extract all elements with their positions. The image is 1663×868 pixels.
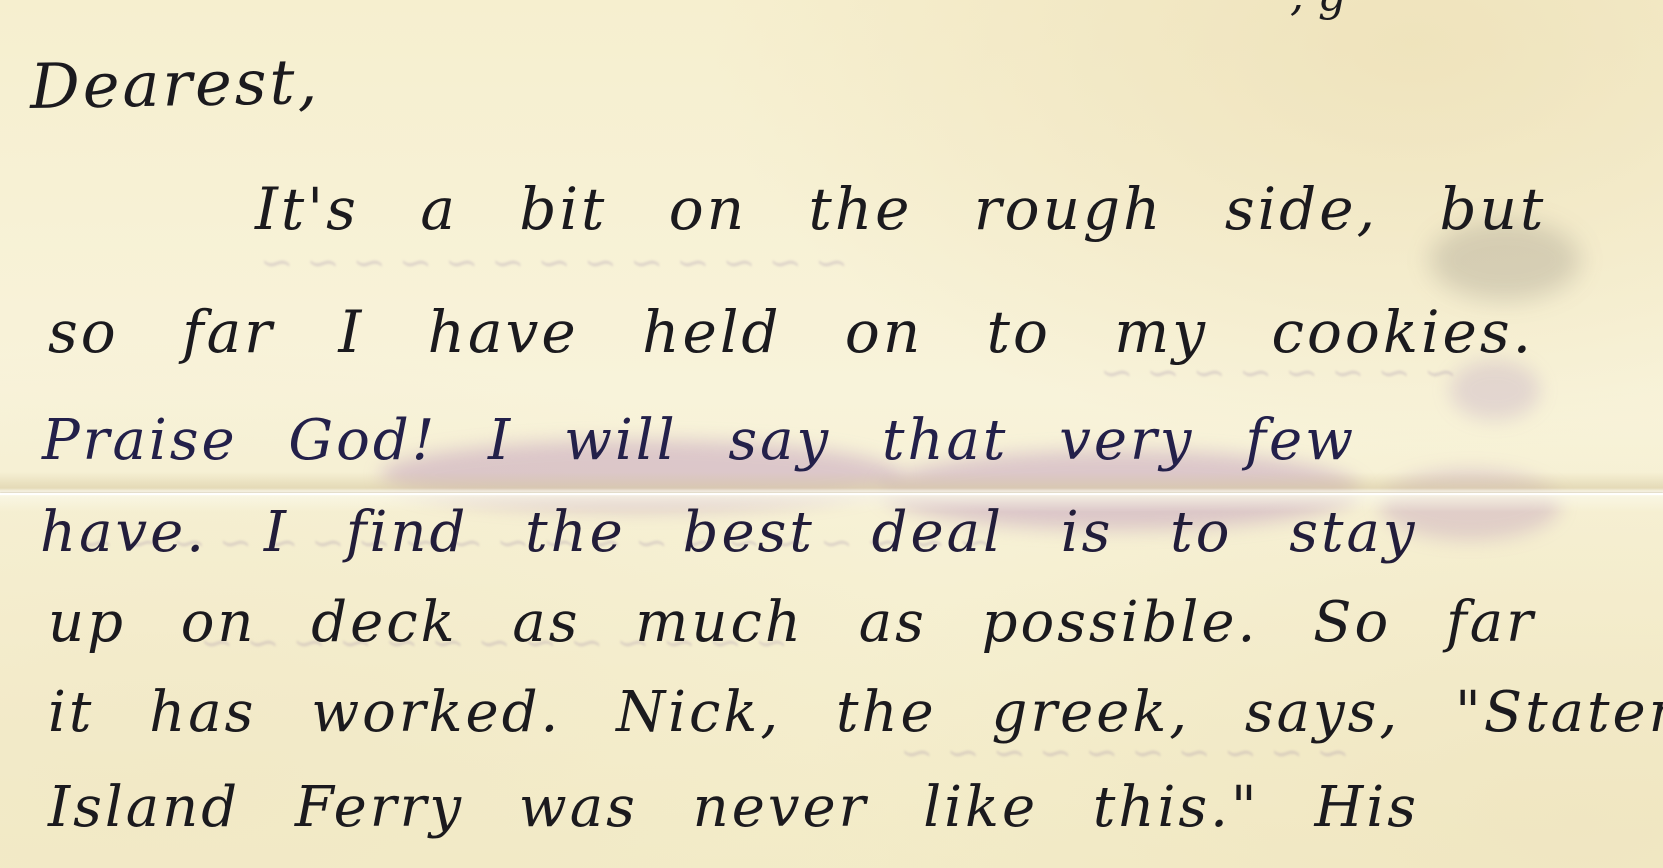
letter-line-7: Island Ferry was never like this." His	[48, 775, 1419, 840]
letter-line-3: Praise God! I will say that very few	[42, 408, 1356, 473]
letter-line-6: it has worked. Nick, the greek, says, "S…	[48, 680, 1663, 745]
fold-crease-line	[0, 493, 1663, 495]
letter-line-4: have. I find the best deal is to stay	[40, 500, 1417, 565]
bleed-through-text: ~ ~ ~ ~ ~ ~ ~ ~ ~ ~ ~ ~ ~	[260, 240, 848, 286]
letter-line-2: so far I have held on to my cookies.	[48, 298, 1534, 366]
ink-bleed	[1450, 360, 1540, 420]
letter-greeting: Dearest,	[29, 45, 320, 123]
letter-line-1: It's a bit on the rough side, but	[255, 175, 1546, 243]
top-text-fragment: , g	[1290, 0, 1346, 21]
letter-line-5: up on deck as much as possible. So far	[48, 590, 1536, 655]
